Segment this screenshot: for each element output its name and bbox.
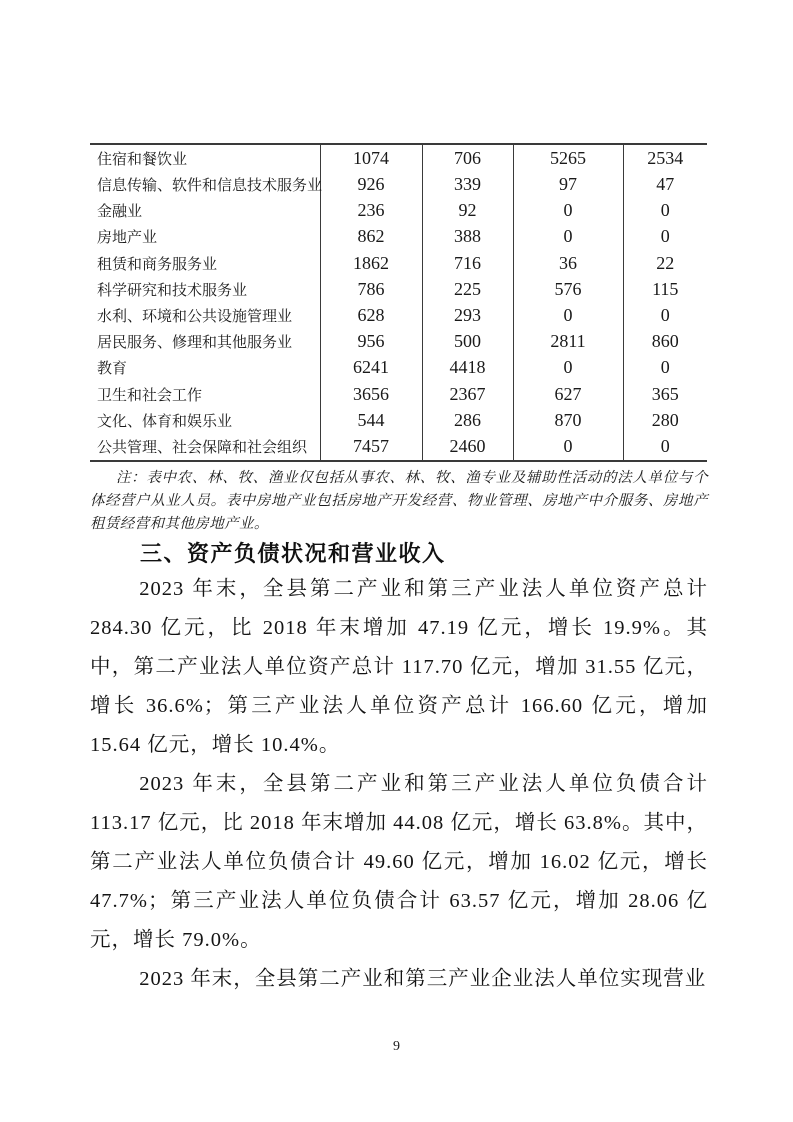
table-cell: 627 (513, 381, 623, 407)
table-cell: 786 (320, 276, 422, 302)
industry-label: 金融业 (90, 198, 320, 224)
table-row: 金融业 236 92 0 0 (90, 198, 707, 224)
table-row: 卫生和社会工作 3656 2367 627 365 (90, 381, 707, 407)
table-cell: 706 (422, 144, 513, 171)
table-cell: 388 (422, 224, 513, 250)
table-cell: 22 (623, 250, 707, 276)
table-cell: 2367 (422, 381, 513, 407)
table-cell: 1862 (320, 250, 422, 276)
table-cell: 0 (513, 433, 623, 461)
industry-label: 信息传输、软件和信息技术服务业 (90, 171, 320, 197)
table-row: 科学研究和技术服务业 786 225 576 115 (90, 276, 707, 302)
table-cell: 0 (623, 224, 707, 250)
table-row: 居民服务、修理和其他服务业 956 500 2811 860 (90, 329, 707, 355)
table-cell: 860 (623, 329, 707, 355)
table-cell: 576 (513, 276, 623, 302)
table-cell: 544 (320, 407, 422, 433)
table-cell: 926 (320, 171, 422, 197)
industry-label: 居民服务、修理和其他服务业 (90, 329, 320, 355)
table-cell: 4418 (422, 355, 513, 381)
table-cell: 0 (623, 433, 707, 461)
table-cell: 0 (623, 198, 707, 224)
table-cell: 2534 (623, 144, 707, 171)
table-cell: 2460 (422, 433, 513, 461)
table-row: 信息传输、软件和信息技术服务业 926 339 97 47 (90, 171, 707, 197)
industry-label: 科学研究和技术服务业 (90, 276, 320, 302)
table-cell: 0 (513, 198, 623, 224)
table-cell: 0 (623, 355, 707, 381)
table-cell: 36 (513, 250, 623, 276)
table-cell: 0 (513, 224, 623, 250)
table-cell: 115 (623, 276, 707, 302)
industry-label: 公共管理、社会保障和社会组织 (90, 433, 320, 461)
table-cell: 716 (422, 250, 513, 276)
table-cell: 628 (320, 302, 422, 328)
table-cell: 0 (623, 302, 707, 328)
table-cell: 225 (422, 276, 513, 302)
industry-label: 文化、体育和娱乐业 (90, 407, 320, 433)
table-footnote: 注：表中农、林、牧、渔业仅包括从事农、林、牧、渔专业及辅助性活动的法人单位与个体… (90, 467, 708, 536)
table-row: 租赁和商务服务业 1862 716 36 22 (90, 250, 707, 276)
industry-label: 教育 (90, 355, 320, 381)
table-cell: 236 (320, 198, 422, 224)
table-cell: 0 (513, 302, 623, 328)
table-cell: 956 (320, 329, 422, 355)
table-cell: 862 (320, 224, 422, 250)
table-cell: 5265 (513, 144, 623, 171)
page-number: 9 (0, 1039, 793, 1055)
industry-label: 卫生和社会工作 (90, 381, 320, 407)
table-cell: 97 (513, 171, 623, 197)
table-cell: 280 (623, 407, 707, 433)
table-row: 文化、体育和娱乐业 544 286 870 280 (90, 407, 707, 433)
table-cell: 3656 (320, 381, 422, 407)
table-cell: 6241 (320, 355, 422, 381)
table-row: 房地产业 862 388 0 0 (90, 224, 707, 250)
industry-label: 水利、环境和公共设施管理业 (90, 302, 320, 328)
table-cell: 500 (422, 329, 513, 355)
table-row: 教育 6241 4418 0 0 (90, 355, 707, 381)
table-cell: 293 (422, 302, 513, 328)
table-cell: 7457 (320, 433, 422, 461)
table-cell: 92 (422, 198, 513, 224)
paragraph-revenue: 2023 年末，全县第二产业和第三产业企业法人单位实现营业 (90, 960, 708, 999)
paragraph-liabilities: 2023 年末，全县第二产业和第三产业法人单位负债合计 113.17 亿元，比 … (90, 765, 708, 960)
table-cell: 2811 (513, 329, 623, 355)
paragraph-assets: 2023 年末，全县第二产业和第三产业法人单位资产总计 284.30 亿元，比 … (90, 570, 708, 765)
table-cell: 0 (513, 355, 623, 381)
table-cell: 339 (422, 171, 513, 197)
table-row: 住宿和餐饮业 1074 706 5265 2534 (90, 144, 707, 171)
industry-stats-table: 住宿和餐饮业 1074 706 5265 2534 信息传输、软件和信息技术服务… (90, 143, 707, 462)
section-heading: 三、资产负债状况和营业收入 (90, 540, 707, 568)
table-row: 公共管理、社会保障和社会组织 7457 2460 0 0 (90, 433, 707, 461)
industry-label: 房地产业 (90, 224, 320, 250)
document-page: 住宿和餐饮业 1074 706 5265 2534 信息传输、软件和信息技术服务… (0, 0, 793, 1122)
table-row: 水利、环境和公共设施管理业 628 293 0 0 (90, 302, 707, 328)
section-body: 2023 年末，全县第二产业和第三产业法人单位资产总计 284.30 亿元，比 … (90, 570, 708, 999)
table-cell: 286 (422, 407, 513, 433)
industry-label: 租赁和商务服务业 (90, 250, 320, 276)
table-cell: 870 (513, 407, 623, 433)
table-cell: 1074 (320, 144, 422, 171)
table-cell: 365 (623, 381, 707, 407)
industry-label: 住宿和餐饮业 (90, 144, 320, 171)
table-cell: 47 (623, 171, 707, 197)
